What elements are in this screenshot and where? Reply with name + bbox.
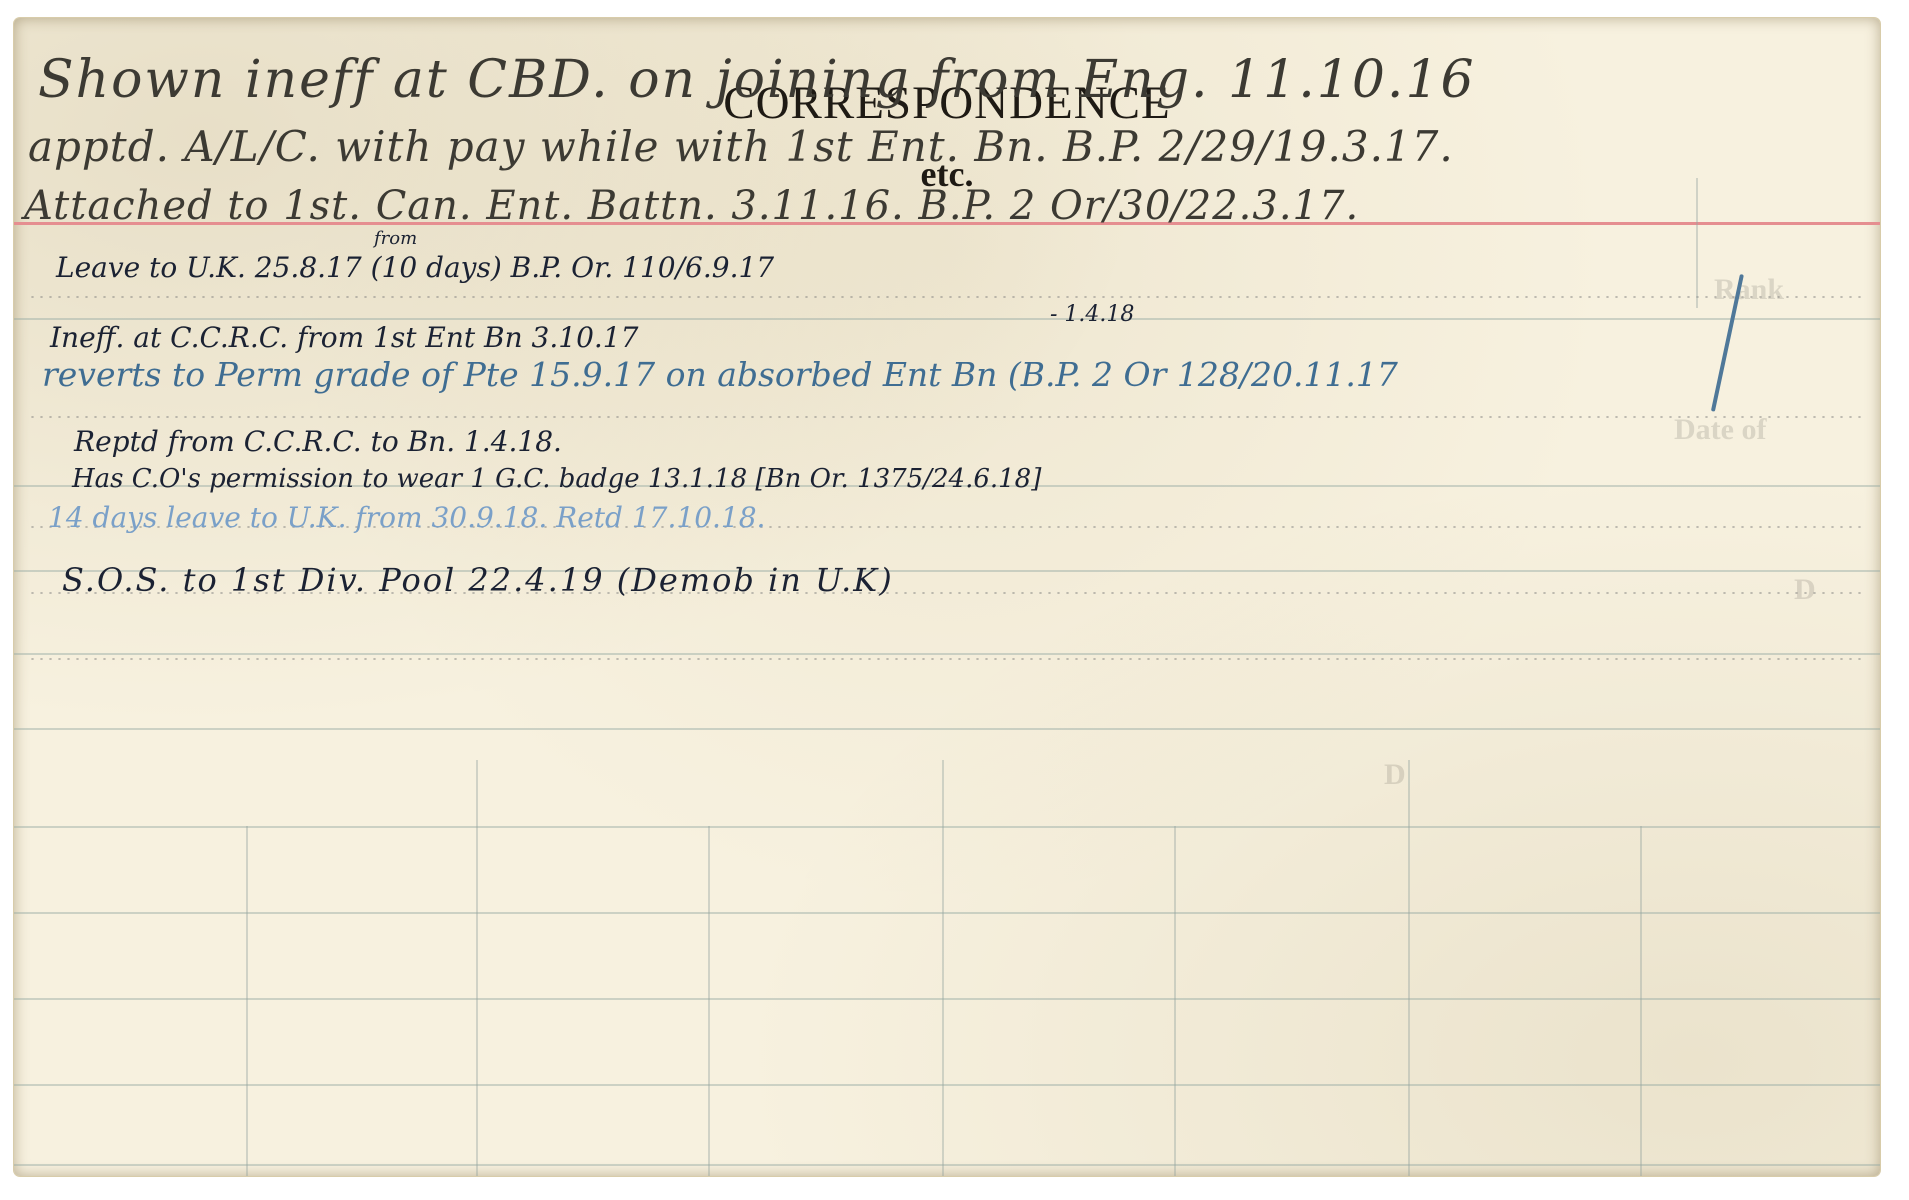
handwritten-entry: S.O.S. to 1st Div. Pool 22.4.19 (Demob i… [62,564,894,596]
handwritten-entry: Has C.O's permission to wear 1 G.C. badg… [72,466,1041,492]
dotted-rule [28,296,1866,298]
grid-column-rule [1174,826,1176,1176]
handwritten-insert: from [374,228,417,249]
ruled-line [14,1084,1880,1086]
ruled-line [14,1164,1880,1166]
faint-print-label: D [1794,573,1816,607]
handwritten-entry: Reptd from C.C.R.C. to Bn. 1.4.18. [74,428,562,456]
handwritten-entry: 14 days leave to U.K. from 30.9.18. Retd… [48,504,765,532]
grid-column-rule [246,826,248,1176]
handwritten-insert: - 1.4.18 [1050,302,1134,327]
faint-print-label: Rank [1714,273,1784,307]
handwritten-entry: apptd. A/L/C. with pay while with 1st En… [28,126,1454,168]
handwritten-entry: Ineff. at C.C.R.C. from 1st Ent Bn 3.10.… [50,324,638,352]
ruled-line [14,998,1880,1000]
handwritten-entry: Leave to U.K. 25.8.17 (10 days) B.P. Or.… [56,254,774,282]
dotted-rule [28,416,1866,418]
service-record-card: Rank Date of D D CORRESPONDENCE etc. Sho… [14,18,1880,1176]
ruled-line [14,728,1880,730]
ruled-line [14,318,1880,320]
grid-column-rule [1696,178,1698,308]
grid-column-rule [1408,760,1410,1176]
handwritten-entry: Shown ineff at CBD. on joining from Eng.… [38,54,1476,106]
grid-column-rule [476,760,478,1176]
grid-column-rule [1640,826,1642,1176]
handwritten-entry: reverts to Perm grade of Pte 15.9.17 on … [42,358,1398,391]
dotted-rule [28,658,1866,660]
ruled-line [14,826,1880,828]
ruled-line [14,653,1880,655]
grid-column-rule [942,760,944,1176]
handwritten-entry: Attached to 1st. Can. Ent. Battn. 3.11.1… [24,186,1359,226]
faint-print-label: Date of [1674,413,1766,447]
ruled-line [14,912,1880,914]
faint-print-label: D [1384,758,1406,792]
grid-column-rule [708,826,710,1176]
